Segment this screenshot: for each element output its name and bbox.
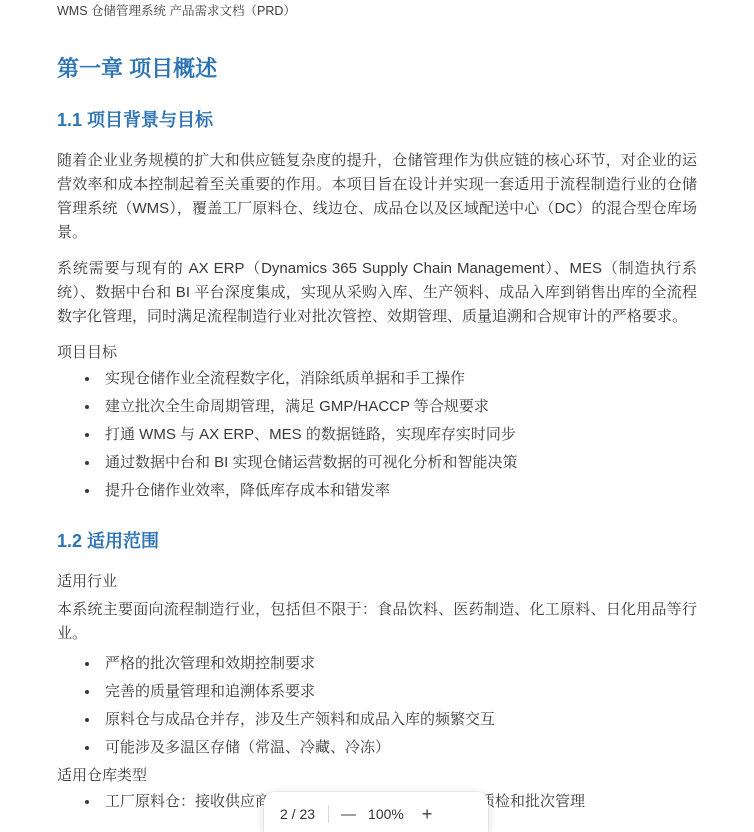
page-indicator[interactable]: 2 / 23	[280, 806, 315, 822]
paragraph-industry: 本系统主要面向流程制造行业，包括但不限于：食品饮料、医药制造、化工原料、日化用品…	[57, 598, 697, 646]
bullet-icon	[85, 662, 89, 666]
bullet-icon	[85, 461, 89, 465]
list-item-text: 提升仓储作业效率，降低库存成本和错发率	[105, 482, 390, 499]
list-item: 实现仓储作业全流程数字化，消除纸质单据和手工操作	[57, 367, 697, 391]
warehouse-heading: 适用仓库类型	[57, 764, 697, 788]
bullet-icon	[85, 433, 89, 437]
section-title-1-1: 1.1 项目背景与目标	[57, 109, 697, 131]
bullet-icon	[85, 377, 89, 381]
bullet-icon	[85, 405, 89, 409]
list-item: 原料仓与成品仓并存，涉及生产领料和成品入库的频繁交互	[57, 708, 697, 732]
zoom-level[interactable]: 100%	[368, 806, 404, 822]
bullet-icon	[85, 489, 89, 493]
toolbar-divider	[328, 805, 329, 823]
document-header: WMS 仓储管理系统 产品需求文档（PRD）	[57, 4, 697, 18]
list-item-text: 原料仓与成品仓并存，涉及生产领料和成品入库的频繁交互	[105, 711, 495, 728]
industry-list: 严格的批次管理和效期控制要求 完善的质量管理和追溯体系要求 原料仓与成品仓并存，…	[57, 652, 697, 760]
goals-list: 实现仓储作业全流程数字化，消除纸质单据和手工操作 建立批次全生命周期管理，满足 …	[57, 367, 697, 503]
list-item: 严格的批次管理和效期控制要求	[57, 652, 697, 676]
list-item-text: 可能涉及多温区存储（常温、冷藏、冷冻）	[105, 739, 390, 756]
list-item: 可能涉及多温区存储（常温、冷藏、冷冻）	[57, 736, 697, 760]
list-item-text: 完善的质量管理和追溯体系要求	[105, 683, 315, 700]
paragraph-background-2: 系统需要与现有的 AX ERP（Dynamics 365 Supply Chai…	[57, 257, 697, 329]
list-item-text: 严格的批次管理和效期控制要求	[105, 655, 315, 672]
list-item-text: 通过数据中台和 BI 实现仓储运营数据的可视化分析和智能决策	[105, 454, 518, 471]
list-item: 完善的质量管理和追溯体系要求	[57, 680, 697, 704]
zoom-in-button[interactable]: +	[418, 803, 437, 825]
section-title-1-2: 1.2 适用范围	[57, 530, 697, 552]
chapter-title: 第一章 项目概述	[57, 56, 697, 82]
document-page: WMS 仓储管理系统 产品需求文档（PRD） 第一章 项目概述 1.1 项目背景…	[0, 0, 754, 832]
bullet-icon	[85, 718, 89, 722]
document-content: WMS 仓储管理系统 产品需求文档（PRD） 第一章 项目概述 1.1 项目背景…	[0, 0, 754, 814]
list-item-text: 建立批次全生命周期管理，满足 GMP/HACCP 等合规要求	[105, 398, 489, 415]
list-item: 提升仓储作业效率，降低库存成本和错发率	[57, 479, 697, 503]
bullet-icon	[85, 800, 89, 804]
list-item: 建立批次全生命周期管理，满足 GMP/HACCP 等合规要求	[57, 395, 697, 419]
bullet-icon	[85, 746, 89, 750]
zoom-out-button[interactable]: —	[337, 804, 360, 825]
list-item: 打通 WMS 与 AX ERP、MES 的数据链路，实现库存实时同步	[57, 423, 697, 447]
paragraph-background-1: 随着企业业务规模的扩大和供应链复杂度的提升，仓储管理作为供应链的核心环节，对企业…	[57, 149, 697, 245]
goals-heading: 项目目标	[57, 341, 697, 365]
industry-heading: 适用行业	[57, 570, 697, 594]
bullet-icon	[85, 690, 89, 694]
list-item-text: 实现仓储作业全流程数字化，消除纸质单据和手工操作	[105, 370, 465, 387]
list-item-text: 打通 WMS 与 AX ERP、MES 的数据链路，实现库存实时同步	[105, 426, 516, 443]
viewer-toolbar: 2 / 23 — 100% +	[264, 792, 488, 832]
list-item: 通过数据中台和 BI 实现仓储运营数据的可视化分析和智能决策	[57, 451, 697, 475]
